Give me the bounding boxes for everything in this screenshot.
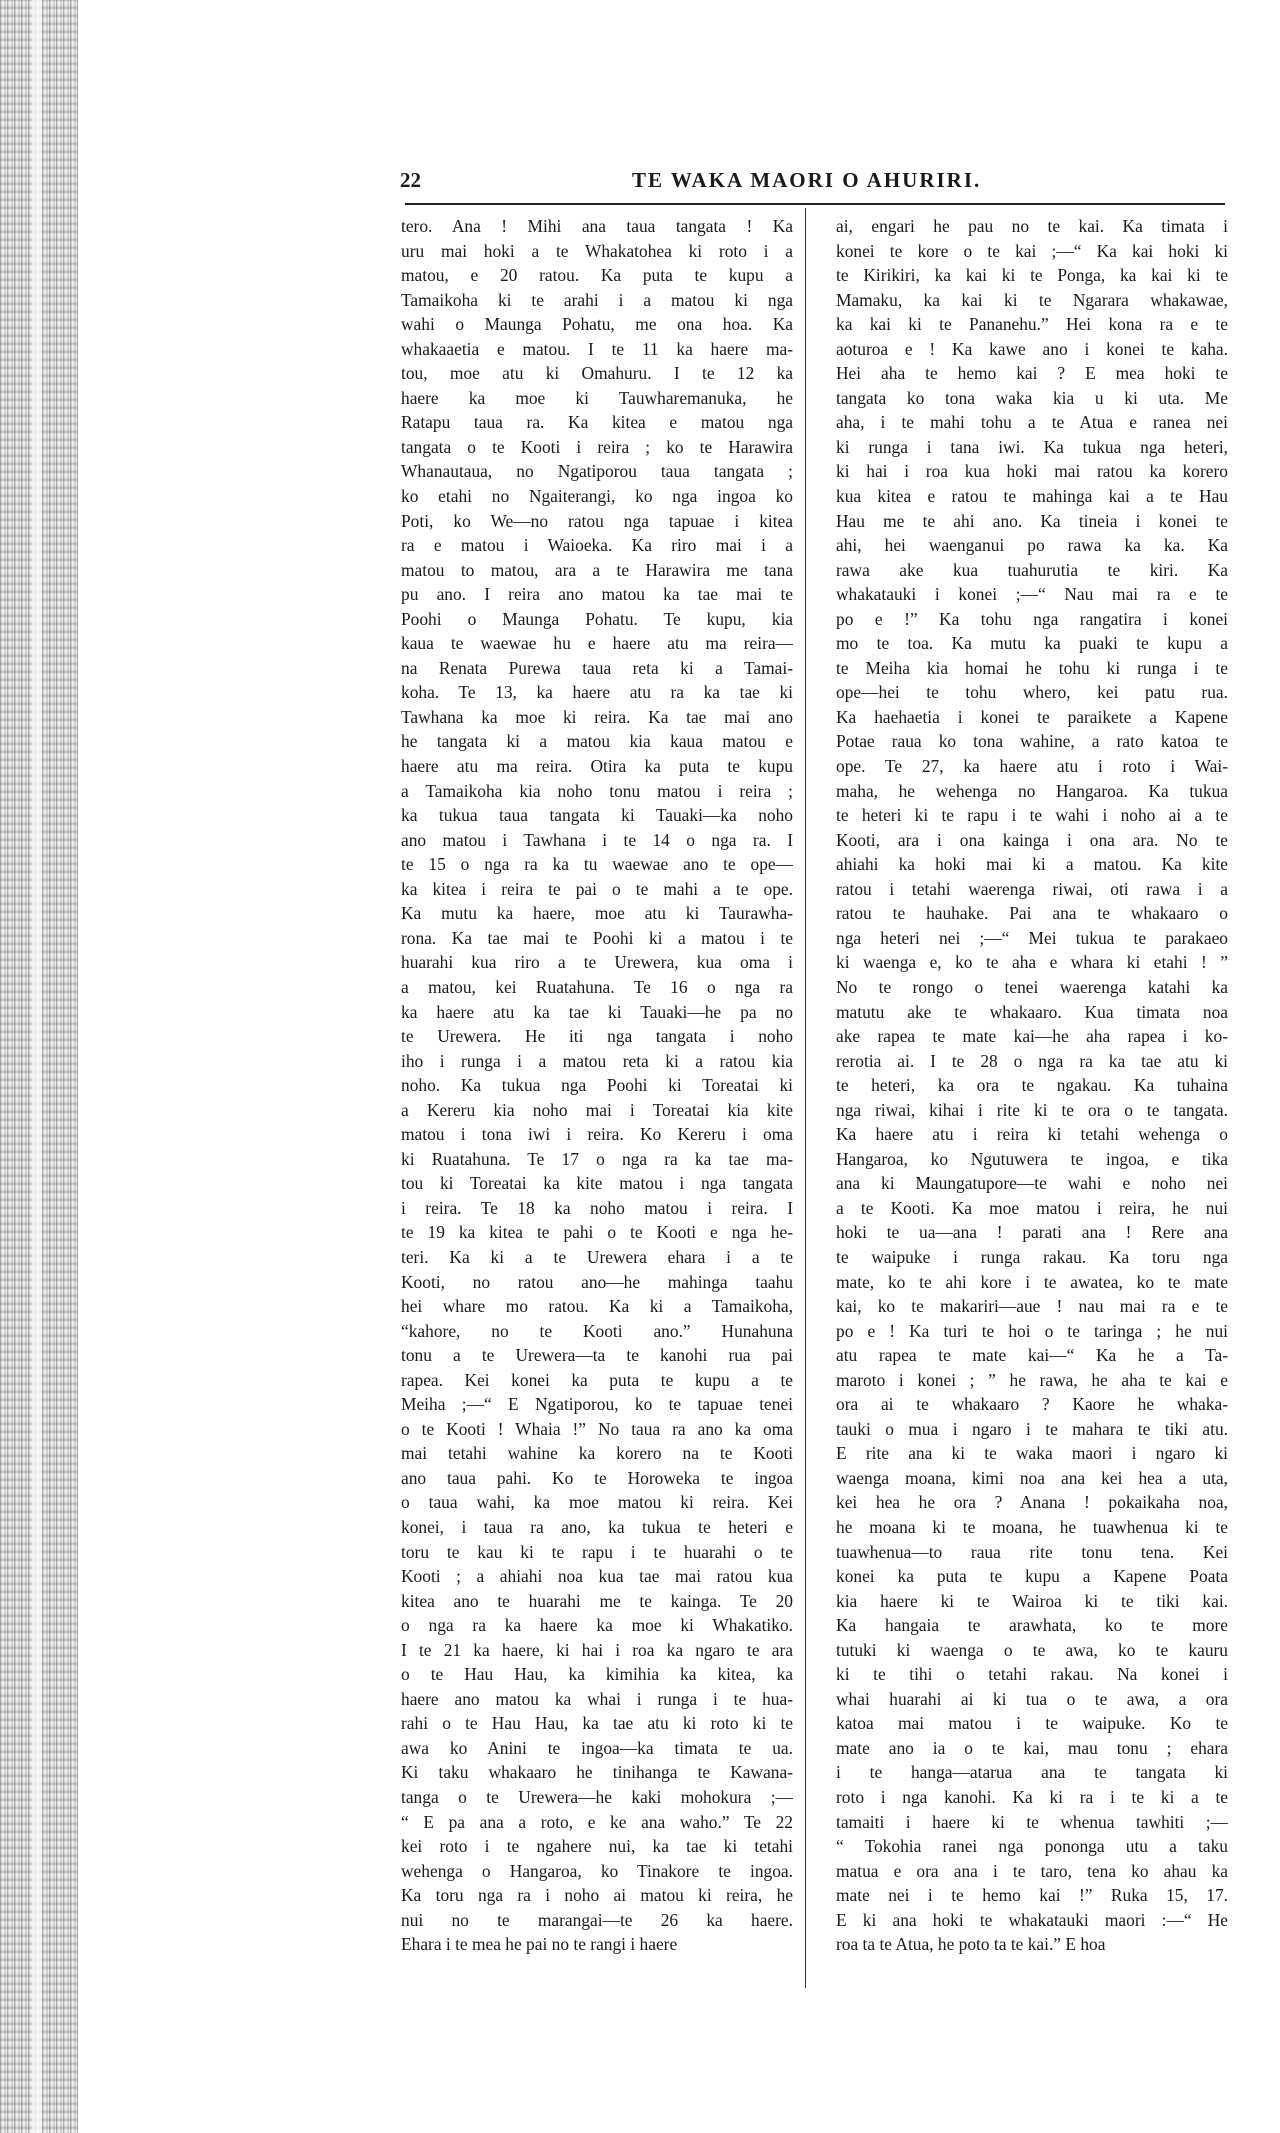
text-line: kei hea he ora ? Anana ! pokaikaha noa, bbox=[836, 1490, 1228, 1515]
column-divider bbox=[805, 208, 806, 1988]
running-title: TE WAKA MAORI O AHURIRI. bbox=[632, 168, 981, 193]
text-line: a Tamaikoha kia noho tonu matou i reira … bbox=[401, 779, 793, 804]
text-line: kia haere ki te Wairoa ki te tiki kai. bbox=[836, 1589, 1228, 1614]
text-line: tangata o te Kooti i reira ; ko te Haraw… bbox=[401, 435, 793, 460]
text-line: Hau me te ahi ano. Ka tineia i konei te bbox=[836, 509, 1228, 534]
text-line: he tangata ki a matou kia kaua matou e bbox=[401, 729, 793, 754]
text-line: na Renata Purewa taua reta ki a Tamai- bbox=[401, 656, 793, 681]
text-line: whakaaetia e matou. I te 11 ka haere ma- bbox=[401, 337, 793, 362]
text-line: ka haere atu ka tae ki Tauaki—he pa no bbox=[401, 1000, 793, 1025]
text-line: Ki taku whakaaro he tinihanga te Kawana- bbox=[401, 1760, 793, 1785]
text-line: awa ko Anini te ingoa—ka timata te ua. bbox=[401, 1736, 793, 1761]
text-line: Mamaku, ka kai ki te Ngarara whakawae, bbox=[836, 288, 1228, 313]
text-line: po e ! Ka turi te hoi o te taringa ; he … bbox=[836, 1319, 1228, 1344]
text-line: E ki ana hoki te whakatauki maori :—“ He bbox=[836, 1908, 1228, 1933]
text-line: pu ano. I reira ano matou ka tae mai te bbox=[401, 582, 793, 607]
text-line: No te rongo o tenei waerenga katahi ka bbox=[836, 975, 1228, 1000]
text-line: Ka haehaetia i konei te paraikete a Kape… bbox=[836, 705, 1228, 730]
text-line: Ka haere atu i reira ki tetahi wehenga o bbox=[836, 1122, 1228, 1147]
text-line: tonu a te Urewera—ta te kanohi rua pai bbox=[401, 1343, 793, 1368]
text-line: a matou, kei Ruatahuna. Te 16 o nga ra bbox=[401, 975, 793, 1000]
text-line: ora ai te whakaaro ? Kaore he whaka- bbox=[836, 1392, 1228, 1417]
text-line: “ Tokohia ranei nga pononga utu a taku bbox=[836, 1834, 1228, 1859]
text-line: konei ka puta te kupu a Kapene Poata bbox=[836, 1564, 1228, 1589]
text-line: ope. Te 27, ka haere atu i roto i Wai- bbox=[836, 754, 1228, 779]
text-line: ano taua pahi. Ko te Horoweka te ingoa bbox=[401, 1466, 793, 1491]
text-line: koha. Te 13, ka haere atu ra ka tae ki bbox=[401, 680, 793, 705]
text-line: mate, ko te ahi kore i te awatea, ko te … bbox=[836, 1270, 1228, 1295]
text-line: ai, engari he pau no te kai. Ka timata i bbox=[836, 214, 1228, 239]
text-line: kaua te waewae hu e haere atu ma reira— bbox=[401, 631, 793, 656]
scanned-page-edge bbox=[0, 0, 78, 2133]
text-line: I te 21 ka haere, ki hai i roa ka ngaro … bbox=[401, 1638, 793, 1663]
text-line: matou, e 20 ratou. Ka puta te kupu a bbox=[401, 263, 793, 288]
text-line: ope—hei te tohu whero, kei patu rua. bbox=[836, 680, 1228, 705]
text-line: he moana ki te moana, he tuawhenua ki te bbox=[836, 1515, 1228, 1540]
text-line: rapea. Kei konei ka puta te kupu a te bbox=[401, 1368, 793, 1393]
text-line: Ka mutu ka haere, moe atu ki Taurawha- bbox=[401, 901, 793, 926]
text-line: mate ano ia o te kai, mau tonu ; ehara bbox=[836, 1736, 1228, 1761]
text-line: tanga o te Urewera—he kaki mohokura ;— bbox=[401, 1785, 793, 1810]
text-line: kai, ko te makariri—aue ! nau mai ra e t… bbox=[836, 1294, 1228, 1319]
text-line: tou, moe atu ki Omahuru. I te 12 ka bbox=[401, 361, 793, 386]
text-line: katoa mai matou i te waipuke. Ko te bbox=[836, 1711, 1228, 1736]
text-line: tangata ko tona waka kia u ki uta. Me bbox=[836, 386, 1228, 411]
text-line: “ E pa ana a roto, e ke ana waho.” Te 22 bbox=[401, 1810, 793, 1835]
text-line: te waipuke i runga rakau. Ka toru nga bbox=[836, 1245, 1228, 1270]
text-line: a te Kooti. Ka moe matou i reira, he nui bbox=[836, 1196, 1228, 1221]
text-line: haere ka moe ki Tauwharemanuka, he bbox=[401, 386, 793, 411]
text-line: po e !” Ka tohu nga rangatira i konei bbox=[836, 607, 1228, 632]
text-line: tou ki Toreatai ka kite matou i nga tang… bbox=[401, 1171, 793, 1196]
text-line: noho. Ka tukua nga Poohi ki Toreatai ki bbox=[401, 1073, 793, 1098]
text-line: konei te kore o te kai ;—“ Ka kai hoki k… bbox=[836, 239, 1228, 264]
text-line: maroto i konei ; ” he rawa, he aha te ka… bbox=[836, 1368, 1228, 1393]
text-line: Ka toru nga ra i noho ai matou ki reira,… bbox=[401, 1883, 793, 1908]
text-line: “kahore, no te Kooti ano.” Hunahuna bbox=[401, 1319, 793, 1344]
text-line: wehenga o Hangaroa, ko Tinakore te ingoa… bbox=[401, 1859, 793, 1884]
text-line: ano matou i Tawhana i te 14 o nga ra. I bbox=[401, 828, 793, 853]
text-line: ki Ruatahuna. Te 17 o nga ra ka tae ma- bbox=[401, 1147, 793, 1172]
text-line: Potae raua ko tona wahine, a rato katoa … bbox=[836, 729, 1228, 754]
text-line: i reira. Te 18 ka noho matou i reira. I bbox=[401, 1196, 793, 1221]
text-line: Kooti ; a ahiahi noa kua tae mai ratou k… bbox=[401, 1564, 793, 1589]
text-line: haere atu ma reira. Otira ka puta te kup… bbox=[401, 754, 793, 779]
text-line: ko etahi no Ngaiterangi, ko nga ingoa ko bbox=[401, 484, 793, 509]
text-line: mai tetahi wahine ka korero na te Kooti bbox=[401, 1441, 793, 1466]
text-line: atu rapea te mate kai—“ Ka he a Ta- bbox=[836, 1343, 1228, 1368]
text-line: matou i tona iwi i reira. Ko Kereru i om… bbox=[401, 1122, 793, 1147]
text-line: E rite ana ki te waka maori i ngaro ki bbox=[836, 1441, 1228, 1466]
text-line: kua kitea e ratou te mahinga kai a te Ha… bbox=[836, 484, 1228, 509]
text-line: tuawhenua—to raua rite tonu tena. Kei bbox=[836, 1540, 1228, 1565]
header-rule bbox=[405, 203, 1225, 205]
text-line: Hangaroa, ko Ngutuwera te ingoa, e tika bbox=[836, 1147, 1228, 1172]
text-line: uru mai hoki a te Whakatohea ki roto i a bbox=[401, 239, 793, 264]
text-line: huarahi kua riro a te Urewera, kua oma i bbox=[401, 950, 793, 975]
text-line: te 19 ka kitea te pahi o te Kooti e nga … bbox=[401, 1220, 793, 1245]
text-line: whai huarahi ai ki tua o te awa, a ora bbox=[836, 1687, 1228, 1712]
text-line: matou to matou, ara a te Harawira me tan… bbox=[401, 558, 793, 583]
text-line: ki runga i tana iwi. Ka tukua nga heteri… bbox=[836, 435, 1228, 460]
text-line: matutu ake te whakaaro. Kua timata noa bbox=[836, 1000, 1228, 1025]
text-line: tauki o mua i ngaro i te mahara te tiki … bbox=[836, 1417, 1228, 1442]
text-line: Ehara i te mea he pai no te rangi i haer… bbox=[401, 1932, 793, 1957]
text-line: waenga moana, kimi noa ana kei hea a uta… bbox=[836, 1466, 1228, 1491]
text-line: te Urewera. He iti nga tangata i noho bbox=[401, 1024, 793, 1049]
text-line: Whanautaua, no Ngatiporou taua tangata ; bbox=[401, 459, 793, 484]
text-line: roto i nga kanohi. Ka ki ra i te ki a te bbox=[836, 1785, 1228, 1810]
text-line: aha, i te mahi tohu a te Atua e ranea ne… bbox=[836, 410, 1228, 435]
text-line: Ka hangaia te arawhata, ko te more bbox=[836, 1613, 1228, 1638]
text-line: hei whare mo ratou. Ka ki a Tamaikoha, bbox=[401, 1294, 793, 1319]
text-line: te heteri ki te rapu i te wahi i noho ai… bbox=[836, 803, 1228, 828]
text-line: whakatauki i konei ;—“ Nau mai ra e te bbox=[836, 582, 1228, 607]
text-line: ka tukua taua tangata ki Tauaki—ka noho bbox=[401, 803, 793, 828]
text-line: Tamaikoha ki te arahi i a matou ki nga bbox=[401, 288, 793, 313]
text-line: ahiahi ka hoki mai ki a matou. Ka kite bbox=[836, 852, 1228, 877]
left-column: tero. Ana ! Mihi ana taua tangata ! Kaur… bbox=[401, 214, 793, 1957]
text-line: ahi, hei waenganui po rawa ka ka. Ka bbox=[836, 533, 1228, 558]
text-line: ra e matou i Waioeka. Ka riro mai i a bbox=[401, 533, 793, 558]
text-line: teri. Ka ki a te Urewera ehara i a te bbox=[401, 1245, 793, 1270]
text-line: rerotia ai. I te 28 o nga ra ka tae atu … bbox=[836, 1049, 1228, 1074]
text-line: matua e ora ana i te taro, tena ko ahau … bbox=[836, 1859, 1228, 1884]
text-line: Meiha ;—“ E Ngatiporou, ko te tapuae ten… bbox=[401, 1392, 793, 1417]
text-line: maha, he wehenga no Hangaroa. Ka tukua bbox=[836, 779, 1228, 804]
text-line: ratou i tetahi waerenga riwai, oti rawa … bbox=[836, 877, 1228, 902]
text-line: o nga ra ka haere ka moe ki Whakatiko. bbox=[401, 1613, 793, 1638]
text-line: ka kitea i reira te pai o te mahi a te o… bbox=[401, 877, 793, 902]
text-line: te Kirikiri, ka kai ki te Ponga, ka kai … bbox=[836, 263, 1228, 288]
text-line: tutuki ki waenga o te awa, ko te kauru bbox=[836, 1638, 1228, 1663]
text-line: hoki te ua—ana ! parati ana ! Rere ana bbox=[836, 1220, 1228, 1245]
text-line: te 15 o nga ra ka tu waewae ano te ope— bbox=[401, 852, 793, 877]
page-header: 22 TE WAKA MAORI O AHURIRI. bbox=[400, 166, 1240, 200]
text-line: iho i runga i a matou reta ki a ratou ki… bbox=[401, 1049, 793, 1074]
text-line: Tawhana ka moe ki reira. Ka tae mai ano bbox=[401, 705, 793, 730]
text-line: aoturoa e ! Ka kawe ano i konei te kaha. bbox=[836, 337, 1228, 362]
text-line: o te Kooti ! Whaia !” No taua ra ano ka … bbox=[401, 1417, 793, 1442]
right-column: ai, engari he pau no te kai. Ka timata i… bbox=[836, 214, 1228, 1957]
text-line: ka kai ki te Pananehu.” Hei kona ra e te bbox=[836, 312, 1228, 337]
text-line: rawa ake kua tuahurutia te kiri. Ka bbox=[836, 558, 1228, 583]
text-line: Ratapu taua ra. Ka kitea e matou nga bbox=[401, 410, 793, 435]
text-line: nga heteri nei ;—“ Mei tukua te parakaeo bbox=[836, 926, 1228, 951]
text-line: tamaiti i haere ki te whenua tawhiti ;— bbox=[836, 1810, 1228, 1835]
text-line: mate nei i te hemo kai !” Ruka 15, 17. bbox=[836, 1883, 1228, 1908]
text-line: Hei aha te hemo kai ? E mea hoki te bbox=[836, 361, 1228, 386]
text-line: te Meiha kia homai he tohu ki runga i te bbox=[836, 656, 1228, 681]
text-line: rona. Ka tae mai te Poohi ki a matou i t… bbox=[401, 926, 793, 951]
text-line: a Kereru kia noho mai i Toreatai kia kit… bbox=[401, 1098, 793, 1123]
text-line: roa ta te Atua, he poto ta te kai.” E ho… bbox=[836, 1932, 1228, 1957]
text-line: toru te kau ki te rapu i te huarahi o te bbox=[401, 1540, 793, 1565]
page-number: 22 bbox=[400, 168, 421, 193]
text-line: ake rapea te mate kai—he aha rapea i ko- bbox=[836, 1024, 1228, 1049]
text-line: tero. Ana ! Mihi ana taua tangata ! Ka bbox=[401, 214, 793, 239]
text-line: ki waenga e, ko te aha e whara ki etahi … bbox=[836, 950, 1228, 975]
text-line: Kooti, ara i ona kainga i ona ara. No te bbox=[836, 828, 1228, 853]
text-line: Kooti, no ratou ano—he mahinga taahu bbox=[401, 1270, 793, 1295]
text-line: rahi o te Hau Hau, ka tae atu ki roto ki… bbox=[401, 1711, 793, 1736]
text-line: Poti, ko We—no ratou nga tapuae i kitea bbox=[401, 509, 793, 534]
text-line: nui no te marangai—te 26 ka haere. bbox=[401, 1908, 793, 1933]
text-line: ana ki Maungatupore—te wahi e noho nei bbox=[836, 1171, 1228, 1196]
text-line: kei roto i te ngahere nui, ka tae ki tet… bbox=[401, 1834, 793, 1859]
text-line: ki hai i roa kua hoki mai ratou ka korer… bbox=[836, 459, 1228, 484]
text-line: kitea ano te huarahi me te kainga. Te 20 bbox=[401, 1589, 793, 1614]
text-line: wahi o Maunga Pohatu, me ona hoa. Ka bbox=[401, 312, 793, 337]
text-line: nga riwai, kihai i rite ki te ora o te t… bbox=[836, 1098, 1228, 1123]
text-line: ki te tihi o tetahi rakau. Na konei i bbox=[836, 1662, 1228, 1687]
text-line: mo te toa. Ka mutu ka puaki te kupu a bbox=[836, 631, 1228, 656]
text-line: Poohi o Maunga Pohatu. Te kupu, kia bbox=[401, 607, 793, 632]
text-line: te heteri, ka ora te ngakau. Ka tuhaina bbox=[836, 1073, 1228, 1098]
text-line: konei, i taua ra ano, ka tukua te heteri… bbox=[401, 1515, 793, 1540]
text-line: o taua wahi, ka moe matou ki reira. Kei bbox=[401, 1490, 793, 1515]
text-line: i te hanga—atarua ana te tangata ki bbox=[836, 1760, 1228, 1785]
text-line: ratou te hauhake. Pai ana te whakaaro o bbox=[836, 901, 1228, 926]
text-line: o te Hau Hau, ka kimihia ka kitea, ka bbox=[401, 1662, 793, 1687]
text-line: haere ano matou ka whai i runga i te hua… bbox=[401, 1687, 793, 1712]
